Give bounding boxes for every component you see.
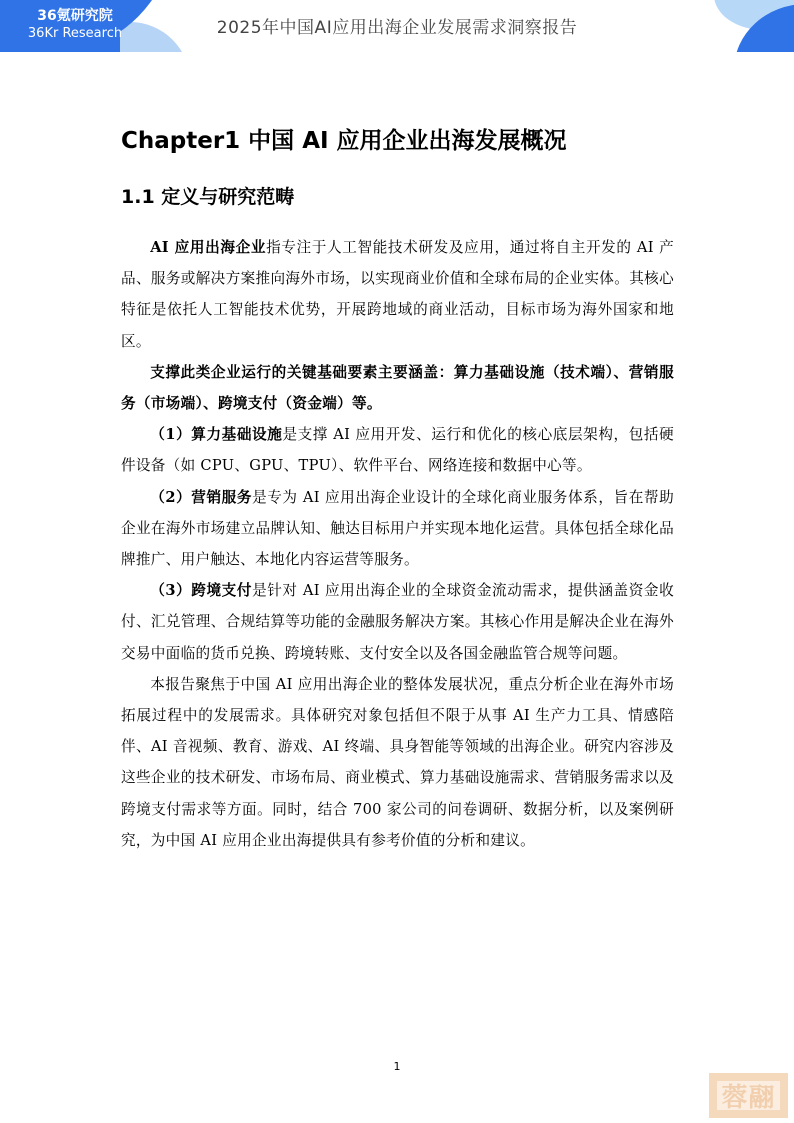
stamp-seal-icon: 蓉翮 (717, 1081, 780, 1110)
body-text: AI 应用出海企业指专注于人工智能技术研发及应用，通过将自主开发的 AI 产品、… (121, 232, 674, 856)
paragraph-lead: （3）跨境支付 (150, 582, 252, 599)
paragraph-definition: AI 应用出海企业指专注于人工智能技术研发及应用，通过将自主开发的 AI 产品、… (121, 232, 674, 357)
page-header: 36氪研究院 36Kr Research 2025年中国AI应用出海企业发展需求… (0, 0, 794, 52)
paragraph-cross-border-payment: （3）跨境支付是针对 AI 应用出海企业的全球资金流动需求，提供涵盖资金收付、汇… (121, 575, 674, 669)
paragraph-text: 本报告聚焦于中国 AI 应用出海企业的整体发展状况，重点分析企业在海外市场拓展过… (121, 676, 674, 849)
paragraph-key-elements: 支撑此类企业运行的关键基础要素主要涵盖：算力基础设施（技术端）、营销服务（市场端… (121, 357, 674, 419)
page-number: 1 (0, 1060, 794, 1073)
paragraph-lead: （2）营销服务 (150, 489, 252, 506)
watermark-stamp: 蓉翮 (709, 1073, 788, 1118)
paragraph-lead: 支撑此类企业运行的关键基础要素主要涵盖：算力基础设施（技术端）、营销服务（市场端… (121, 364, 674, 412)
report-title: 2025年中国AI应用出海企业发展需求洞察报告 (0, 13, 794, 38)
chapter-title: Chapter1 中国 AI 应用企业出海发展概况 (121, 122, 567, 155)
paragraph-report-scope: 本报告聚焦于中国 AI 应用出海企业的整体发展状况，重点分析企业在海外市场拓展过… (121, 669, 674, 856)
paragraph-lead: （1）算力基础设施 (150, 426, 282, 443)
section-title: 1.1 定义与研究范畴 (121, 182, 294, 209)
paragraph-lead: AI 应用出海企业 (150, 239, 266, 256)
paragraph-marketing-services: （2）营销服务是专为 AI 应用出海企业设计的全球化商业服务体系，旨在帮助企业在… (121, 482, 674, 576)
paragraph-computing-infrastructure: （1）算力基础设施是支撑 AI 应用开发、运行和优化的核心底层架构，包括硬件设备… (121, 419, 674, 481)
